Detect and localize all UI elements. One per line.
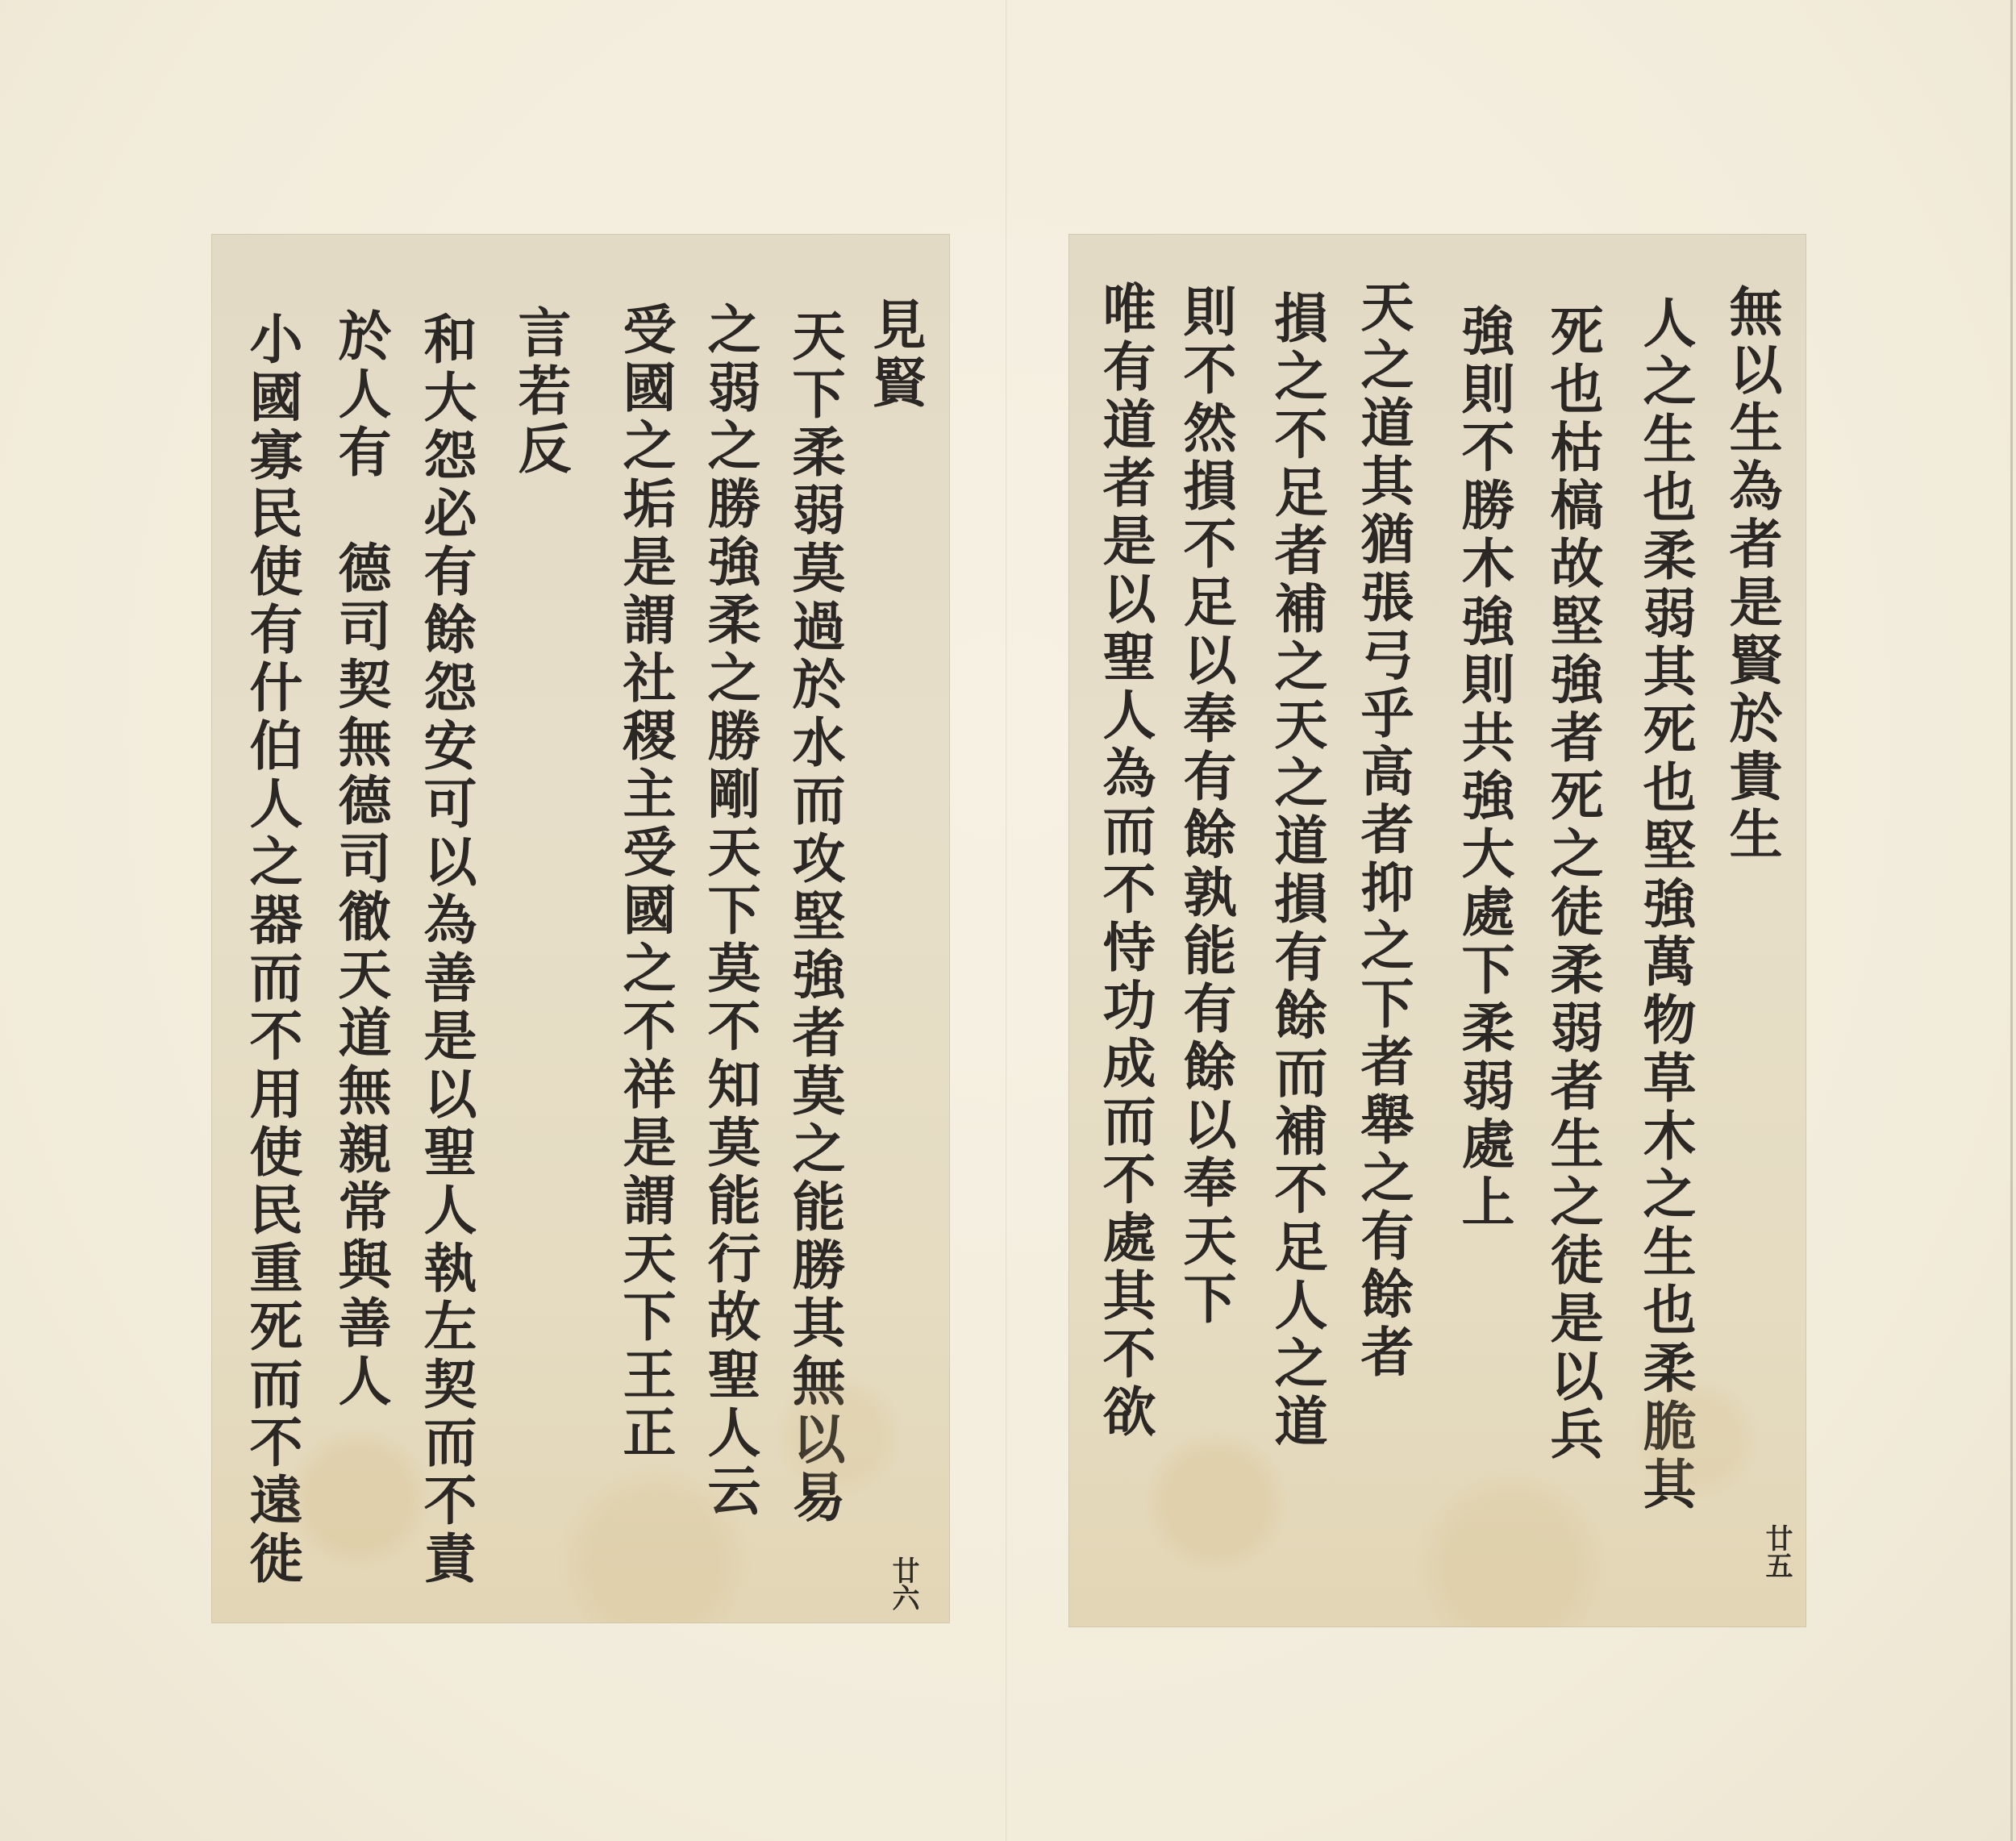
left-column-2: 天下柔弱莫過於水而攻堅強者莫之能勝其無以易 [782, 308, 847, 1527]
right-column-3: 死也枯槁故堅強者死之徒柔弱者生之徒是以兵 [1540, 303, 1605, 1464]
album-mount: 見賢 天下柔弱莫過於水而攻堅強者莫之能勝其無以易 之弱之勝強柔之勝剛天下莫不知莫… [0, 0, 2016, 1841]
right-column-8: 唯有道者是以聖人為而不恃功成而不處其不欲 [1093, 281, 1157, 1442]
right-column-4: 強則不勝木強則共強大處下柔弱處上 [1452, 303, 1516, 1232]
left-column-6: 和大怨必有餘怨安可以為善是以聖人執左契而不責 [414, 311, 478, 1589]
album-edge-line [2010, 0, 2013, 1841]
left-page-number: 廿六 [887, 1556, 919, 1611]
center-fold [1006, 0, 1007, 1841]
right-page-number: 廿五 [1760, 1524, 1793, 1579]
left-column-3: 之弱之勝強柔之勝剛天下莫不知莫能行故聖人云 [698, 302, 762, 1521]
left-column-5: 言若反 [508, 305, 573, 479]
left-column-7: 於人有 德司契無德司徹天道無親常與善人 [328, 308, 393, 1411]
left-column-8: 小國寡民使有什伯人之器而不用使民重死而不遠徙 [240, 311, 304, 1589]
right-leaf: 無以生為者是賢於貴生 人之生也柔弱其死也堅強萬物草木之生也柔脆其 死也枯槁故堅強… [1068, 234, 1806, 1627]
right-column-6: 損之不足者補之天之道損有餘而補不足人之道 [1264, 290, 1329, 1452]
left-leaf: 見賢 天下柔弱莫過於水而攻堅強者莫之能勝其無以易 之弱之勝強柔之勝剛天下莫不知莫… [211, 234, 950, 1623]
left-column-1: 見賢 [863, 297, 927, 413]
right-column-7: 則不然損不足以奉有餘孰能有餘以奉天下 [1173, 284, 1238, 1329]
left-column-4: 受國之垢是謂社稷主受國之不祥是謂天下王正 [613, 302, 677, 1463]
right-column-5: 天之道其猶張弓乎高者抑之下者舉之有餘者 [1351, 279, 1415, 1382]
right-column-1: 無以生為者是賢於貴生 [1719, 284, 1784, 864]
right-column-2: 人之生也柔弱其死也堅強萬物草木之生也柔脆其 [1633, 295, 1697, 1514]
